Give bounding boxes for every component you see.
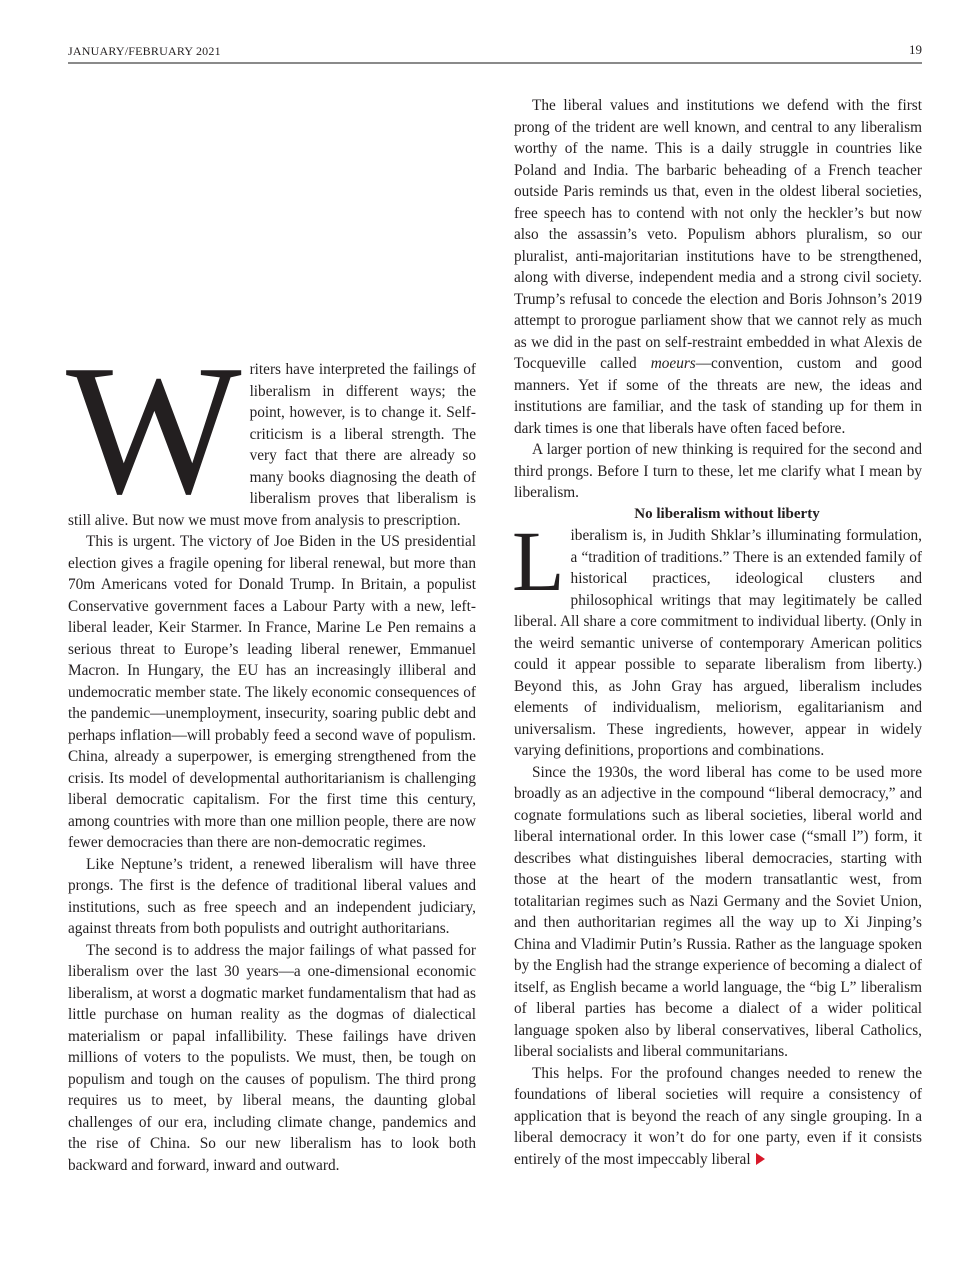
body-paragraph: A larger portion of new thinking is requ… bbox=[514, 439, 922, 504]
dropcap-l: L bbox=[512, 530, 565, 592]
body-paragraph: Like Neptune’s trident, a renewed libera… bbox=[68, 854, 476, 940]
section-subheading: No liberalism without liberty bbox=[514, 504, 922, 526]
body-paragraph: The second is to address the major faili… bbox=[68, 940, 476, 1177]
paragraph-text: This helps. For the profound changes nee… bbox=[514, 1065, 922, 1168]
paragraph-text: The liberal values and institutions we d… bbox=[514, 97, 922, 372]
continued-arrow-icon bbox=[756, 1153, 765, 1165]
intro-paragraph: Writers have interpreted the failings of… bbox=[68, 359, 476, 531]
page-header: JANUARY/FEBRUARY 2021 19 bbox=[68, 40, 922, 64]
body-paragraph: This is urgent. The victory of Joe Biden… bbox=[68, 531, 476, 854]
body-paragraph: Since the 1930s, the word liberal has co… bbox=[514, 762, 922, 1063]
italic-term: moeurs bbox=[651, 355, 696, 372]
page-number: 19 bbox=[909, 42, 922, 58]
section-intro-text: iberalism is, in Judith Shklar’s illumin… bbox=[514, 527, 922, 759]
body-paragraph: This helps. For the profound changes nee… bbox=[514, 1063, 922, 1171]
body-paragraph: The liberal values and institutions we d… bbox=[514, 95, 922, 439]
issue-date: JANUARY/FEBRUARY 2021 bbox=[68, 44, 221, 59]
left-column: Writers have interpreted the failings of… bbox=[68, 359, 476, 1176]
dropcap-w: W bbox=[66, 365, 242, 495]
right-column: The liberal values and institutions we d… bbox=[514, 95, 922, 1170]
section-intro-paragraph: Liberalism is, in Judith Shklar’s illumi… bbox=[514, 525, 922, 762]
